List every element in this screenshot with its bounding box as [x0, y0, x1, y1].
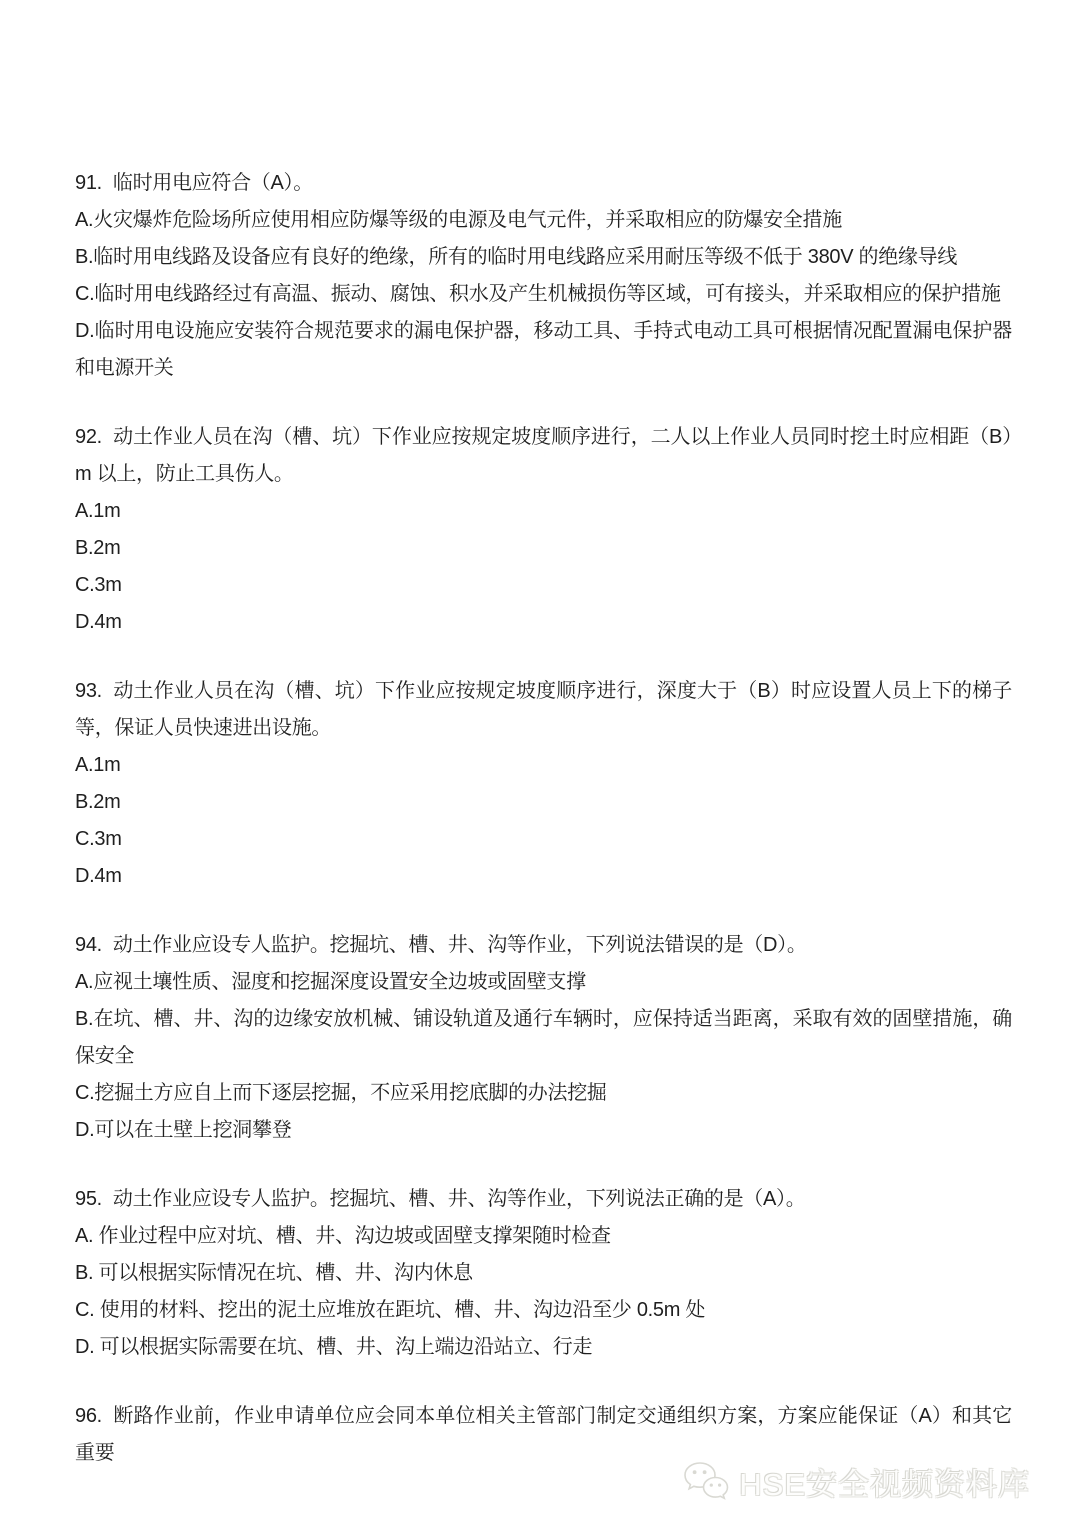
- watermark-text: HSE安全视频资料库: [739, 1459, 1030, 1504]
- question-option: D.可以在土壁上挖洞攀登: [75, 1112, 1012, 1149]
- question-option: B.临时用电线路及设备应有良好的绝缘，所有的临时用电线路应采用耐压等级不低于 3…: [75, 239, 1012, 276]
- wechat-icon: [682, 1460, 730, 1504]
- question-stem-line: 93.动土作业人员在沟（槽、坑）下作业应按规定坡度顺序进行，深度大于（B）时应设…: [75, 673, 1012, 747]
- question-stem: 动土作业人员在沟（槽、坑）下作业应按规定坡度顺序进行，深度大于（B）时应设置人员…: [75, 680, 1012, 739]
- question-option: C.3m: [75, 567, 1012, 604]
- question-option: A. 作业过程中应对坑、槽、井、沟边坡或固壁支撑架随时检查: [75, 1218, 1012, 1255]
- question-option: A.火灾爆炸危险场所应使用相应防爆等级的电源及电气元件，并采取相应的防爆安全措施: [75, 202, 1012, 239]
- question-number: 96.: [75, 1405, 102, 1427]
- question-option: C.3m: [75, 821, 1012, 858]
- question-stem: 动土作业应设专人监护。挖掘坑、槽、井、沟等作业，下列说法错误的是（D）。: [113, 934, 807, 956]
- question-91: 91.临时用电应符合（A）。 A.火灾爆炸危险场所应使用相应防爆等级的电源及电气…: [75, 165, 1012, 387]
- question-number: 95.: [75, 1188, 102, 1210]
- question-option: C. 使用的材料、挖出的泥土应堆放在距坑、槽、井、沟边沿至少 0.5m 处: [75, 1292, 1012, 1329]
- question-stem-line: 95.动土作业应设专人监护。挖掘坑、槽、井、沟等作业，下列说法正确的是（A）。: [75, 1181, 1012, 1218]
- watermark: HSE安全视频资料库: [682, 1459, 1030, 1504]
- question-stem-line: 91.临时用电应符合（A）。: [75, 165, 1012, 202]
- exam-question-list: 91.临时用电应符合（A）。 A.火灾爆炸危险场所应使用相应防爆等级的电源及电气…: [75, 165, 1012, 1472]
- question-option: D.临时用电设施应安装符合规范要求的漏电保护器，移动工具、手持式电动工具可根据情…: [75, 313, 1012, 387]
- question-number: 92.: [75, 426, 102, 448]
- question-number: 91.: [75, 172, 102, 194]
- question-option: B.2m: [75, 530, 1012, 567]
- question-option: B. 可以根据实际情况在坑、槽、井、沟内休息: [75, 1255, 1012, 1292]
- question-option: C.挖掘土方应自上而下逐层挖掘，不应采用挖底脚的办法挖掘: [75, 1075, 1012, 1112]
- question-option: B.在坑、槽、井、沟的边缘安放机械、铺设轨道及通行车辆时，应保持适当距离，采取有…: [75, 1001, 1012, 1075]
- question-stem: 断路作业前，作业申请单位应会同本单位相关主管部门制定交通组织方案，方案应能保证（…: [75, 1405, 1012, 1464]
- question-number: 93.: [75, 680, 102, 702]
- question-option: B.2m: [75, 784, 1012, 821]
- question-92: 92.动土作业人员在沟（槽、坑）下作业应按规定坡度顺序进行，二人以上作业人员同时…: [75, 419, 1012, 641]
- question-option: A.应视土壤性质、湿度和挖掘深度设置安全边坡或固壁支撑: [75, 964, 1012, 1001]
- question-95: 95.动土作业应设专人监护。挖掘坑、槽、井、沟等作业，下列说法正确的是（A）。 …: [75, 1181, 1012, 1366]
- question-option: D. 可以根据实际需要在坑、槽、井、沟上端边沿站立、行走: [75, 1329, 1012, 1366]
- question-stem: 动土作业人员在沟（槽、坑）下作业应按规定坡度顺序进行，二人以上作业人员同时挖土时…: [75, 426, 1012, 485]
- question-option: D.4m: [75, 604, 1012, 641]
- question-option: A.1m: [75, 493, 1012, 530]
- question-93: 93.动土作业人员在沟（槽、坑）下作业应按规定坡度顺序进行，深度大于（B）时应设…: [75, 673, 1012, 895]
- question-stem-line: 92.动土作业人员在沟（槽、坑）下作业应按规定坡度顺序进行，二人以上作业人员同时…: [75, 419, 1012, 493]
- question-option: A.1m: [75, 747, 1012, 784]
- document-page: 91.临时用电应符合（A）。 A.火灾爆炸危险场所应使用相应防爆等级的电源及电气…: [0, 0, 1080, 1528]
- question-stem: 临时用电应符合（A）。: [113, 172, 313, 194]
- question-option: D.4m: [75, 858, 1012, 895]
- question-option: C.临时用电线路经过有高温、振动、腐蚀、积水及产生机械损伤等区域，可有接头，并采…: [75, 276, 1012, 313]
- question-number: 94.: [75, 934, 102, 956]
- question-94: 94.动土作业应设专人监护。挖掘坑、槽、井、沟等作业，下列说法错误的是（D）。 …: [75, 927, 1012, 1149]
- question-stem: 动土作业应设专人监护。挖掘坑、槽、井、沟等作业，下列说法正确的是（A）。: [113, 1188, 806, 1210]
- question-stem-line: 94.动土作业应设专人监护。挖掘坑、槽、井、沟等作业，下列说法错误的是（D）。: [75, 927, 1012, 964]
